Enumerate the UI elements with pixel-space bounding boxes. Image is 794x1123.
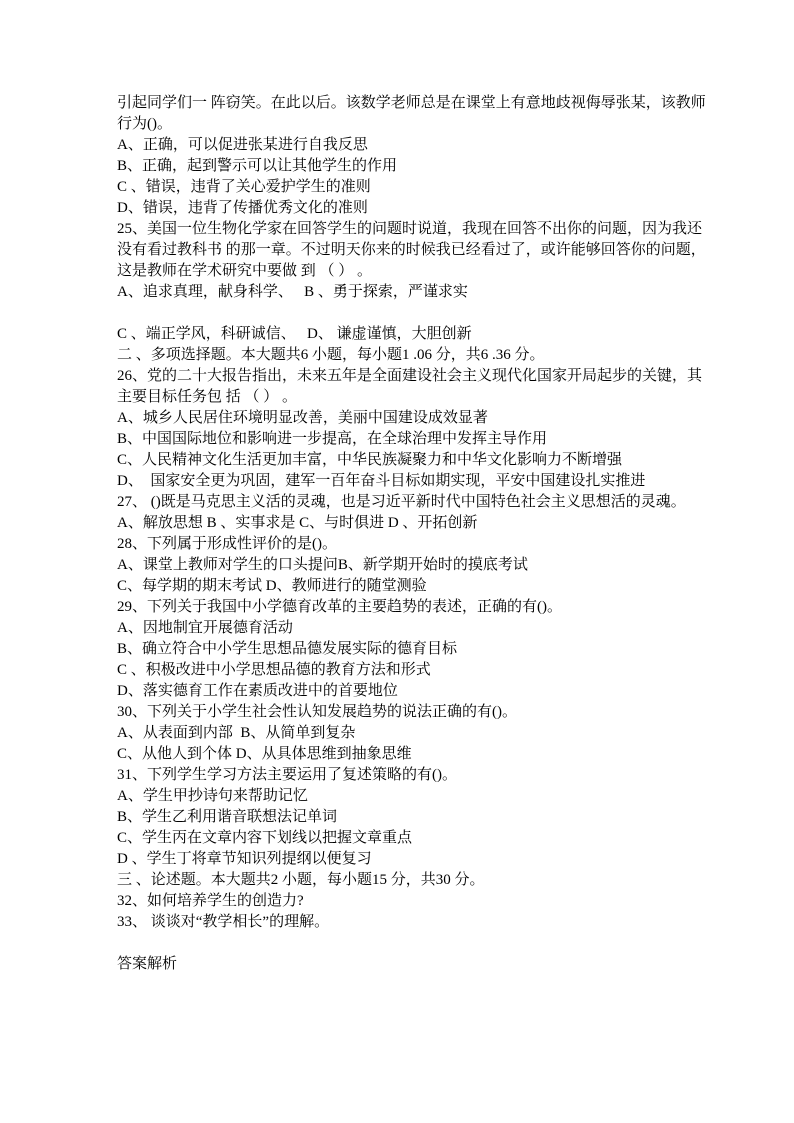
question-27-options: A、解放思想 B 、实事求是 C、与时俱进 D 、开拓创新 <box>117 513 692 534</box>
document-text-block: 引起同学们一 阵窃笑。在此以后。该数学老师总是在课堂上有意地歧视侮辱张某，该教师… <box>117 93 692 975</box>
section-2-heading: 二 、多项选择题。本大题共6 小题，每小题1 .06 分，共6 .36 分。 <box>117 345 692 366</box>
question-26-stem-line: 26、党的二十大报告指出，未来五年是全面建设社会主义现代化国家开局起步的关键，其 <box>117 366 692 387</box>
document-page: 引起同学们一 阵窃笑。在此以后。该数学老师总是在课堂上有意地歧视侮辱张某，该教师… <box>0 0 794 1123</box>
question-26-option-b: B、中国国际地位和影响进一步提高，在全球治理中发挥主导作用 <box>117 429 692 450</box>
question-31-stem: 31、下列学生学习方法主要运用了复述策略的有()。 <box>117 765 692 786</box>
question-24-option-a: A、正确，可以促进张某进行自我反思 <box>117 135 692 156</box>
question-26-option-a: A、城乡人民居住环境明显改善，美丽中国建设成效显著 <box>117 408 692 429</box>
section-3-heading: 三 、论述题。本大题共2 小题，每小题15 分，共30 分。 <box>117 870 692 891</box>
question-29-stem: 29、下列关于我国中小学德育改革的主要趋势的表述，正确的有()。 <box>117 597 692 618</box>
question-32-stem: 32、如何培养学生的创造力? <box>117 891 692 912</box>
blank-line <box>117 933 692 954</box>
question-30-options-a-b: A、从表面到内部 B、从简单到复杂 <box>117 723 692 744</box>
question-25-stem-line: 25、美国一位生物化学家在回答学生的问题时说道，我现在回答不出你的问题，因为我还 <box>117 219 692 240</box>
question-24-stem-continuation-line: 引起同学们一 阵窃笑。在此以后。该数学老师总是在课堂上有意地歧视侮辱张某，该教师 <box>117 93 692 114</box>
question-27-stem: 27、 ()既是马克思主义活的灵魂，也是习近平新时代中国特色社会主义思想活的灵魂… <box>117 492 692 513</box>
question-24-option-c: C 、错误，违背了关心爱护学生的准则 <box>117 177 692 198</box>
question-28-options-c-d: C、每学期的期末考试 D、教师进行的随堂测验 <box>117 576 692 597</box>
question-29-option-a: A、因地制宜开展德育活动 <box>117 618 692 639</box>
question-26-option-c: C、人民精神文化生活更加丰富，中华民族凝聚力和中华文化影响力不断增强 <box>117 450 692 471</box>
question-25-stem-line: 没有看过教科书 的那一章。不过明天你来的时候我已经看过了，或许能够回答你的问题， <box>117 240 692 261</box>
question-30-stem: 30、下列关于小学生社会性认知发展趋势的说法正确的有()。 <box>117 702 692 723</box>
question-26-stem-line: 主要目标任务包 括 （ ） 。 <box>117 387 692 408</box>
question-25-stem-line: 这是教师在学术研究中要做 到 （ ） 。 <box>117 261 692 282</box>
question-33-stem: 33、 谈谈对“教学相长”的理解。 <box>117 912 692 933</box>
question-28-options-a-b: A、课堂上教师对学生的口头提问B、新学期开始时的摸底考试 <box>117 555 692 576</box>
answer-analysis-title: 答案解析 <box>117 954 692 975</box>
question-24-option-d: D、错误，违背了传播优秀文化的准则 <box>117 198 692 219</box>
question-28-stem: 28、下列属于形成性评价的是()。 <box>117 534 692 555</box>
blank-line <box>117 303 692 324</box>
question-25-options-a-b: A、追求真理，献身科学、 B 、勇于探索，严谨求实 <box>117 282 692 303</box>
question-31-option-c: C、学生丙在文章内容下划线以把握文章重点 <box>117 828 692 849</box>
question-31-option-d: D 、学生丁将章节知识列提纲以便复习 <box>117 849 692 870</box>
question-29-option-d: D、落实德育工作在素质改进中的首要地位 <box>117 681 692 702</box>
question-31-option-a: A、学生甲抄诗句来帮助记忆 <box>117 786 692 807</box>
question-25-options-c-d: C 、端正学风，科研诚信、 D、 谦虚谨慎，大胆创新 <box>117 324 692 345</box>
question-24-option-b: B、正确，起到警示可以让其他学生的作用 <box>117 156 692 177</box>
question-24-stem-continuation-line: 行为()。 <box>117 114 692 135</box>
question-29-option-c: C 、积极改进中小学思想品德的教育方法和形式 <box>117 660 692 681</box>
question-31-option-b: B、学生乙利用谐音联想法记单词 <box>117 807 692 828</box>
question-26-option-d: D、 国家安全更为巩固，建军一百年奋斗目标如期实现，平安中国建设扎实推进 <box>117 471 692 492</box>
question-30-options-c-d: C、从他人到个体 D、从具体思维到抽象思维 <box>117 744 692 765</box>
question-29-option-b: B、确立符合中小学生思想品德发展实际的德育目标 <box>117 639 692 660</box>
